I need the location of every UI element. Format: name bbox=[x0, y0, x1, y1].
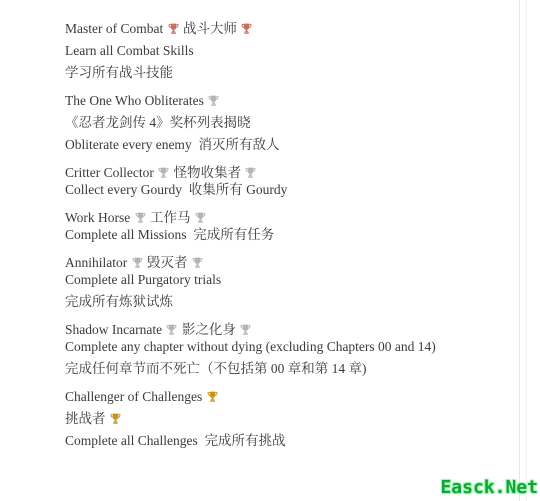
text-segment: Learn all Combat Skills bbox=[65, 43, 194, 58]
trophy-line: The One Who Obliterates bbox=[65, 93, 465, 108]
trophy-line: Complete all Challenges 完成所有挑战 bbox=[65, 433, 465, 448]
text-segment: Complete all Purgatory trials bbox=[65, 272, 221, 287]
text-segment: Complete any chapter without dying (excl… bbox=[65, 339, 436, 354]
trophy-icon-bronze bbox=[168, 23, 179, 34]
trophy-entry-work-horse: Work Horse 工作马 Complete all Missions 完成所… bbox=[65, 210, 465, 242]
text-segment: Critter Collector bbox=[65, 165, 157, 180]
text-segment: Collect every Gourdy 收集所有 Gourdy bbox=[65, 182, 287, 197]
trophy-entry-critter-collector: Critter Collector 怪物收集者 Collect every Go… bbox=[65, 165, 465, 197]
trophy-icon-gold bbox=[110, 413, 121, 424]
trophy-entry-shadow-incarnate: Shadow Incarnate 影之化身 Complete any chapt… bbox=[65, 322, 465, 376]
trophy-line: Complete all Purgatory trials bbox=[65, 272, 465, 287]
trophy-entry-challenger-of-challenges: Challenger of Challenges 挑战者 Complete al… bbox=[65, 389, 465, 448]
trophy-icon-gold bbox=[207, 391, 218, 402]
trophy-icon-silver bbox=[135, 212, 146, 223]
trophy-icon-bronze bbox=[241, 23, 252, 34]
text-segment: 怪物收集者 bbox=[170, 165, 244, 180]
trophy-line: 挑战者 bbox=[65, 411, 465, 426]
text-segment: Work Horse bbox=[65, 210, 134, 225]
trophy-line: 完成任何章节而不死亡（不包括第 00 章和第 14 章) bbox=[65, 361, 465, 376]
trophy-icon-silver bbox=[132, 257, 143, 268]
trophy-icon-silver bbox=[158, 167, 169, 178]
trophy-line: Complete any chapter without dying (excl… bbox=[65, 339, 465, 354]
trophy-icon-silver bbox=[245, 167, 256, 178]
trophy-line: Challenger of Challenges bbox=[65, 389, 465, 404]
trophy-line: Shadow Incarnate 影之化身 bbox=[65, 322, 465, 337]
trophy-line: Work Horse 工作马 bbox=[65, 210, 465, 225]
page-edge-line bbox=[519, 0, 520, 501]
text-segment: 学习所有战斗技能 bbox=[65, 65, 173, 80]
trophy-icon-silver bbox=[166, 324, 177, 335]
trophy-line: 完成所有炼狱试炼 bbox=[65, 294, 465, 309]
text-segment: 完成任何章节而不死亡（不包括第 00 章和第 14 章) bbox=[65, 361, 367, 376]
text-segment: 战斗大师 bbox=[180, 21, 241, 36]
trophy-line: Collect every Gourdy 收集所有 Gourdy bbox=[65, 182, 465, 197]
trophy-line: Critter Collector 怪物收集者 bbox=[65, 165, 465, 180]
trophy-entry-the-one-who-obliterates: The One Who Obliterates 《忍者龙剑传 4》奖杯列表揭晓O… bbox=[65, 93, 465, 152]
text-segment: 工作马 bbox=[147, 210, 194, 225]
trophy-icon-silver bbox=[195, 212, 206, 223]
text-segment: 《忍者龙剑传 4》奖杯列表揭晓 bbox=[65, 115, 251, 130]
trophy-line: Annihilator 毁灭者 bbox=[65, 255, 465, 270]
trophy-line: 学习所有战斗技能 bbox=[65, 65, 465, 80]
text-segment: Shadow Incarnate bbox=[65, 322, 165, 337]
trophy-line: Master of Combat 战斗大师 bbox=[65, 21, 465, 36]
text-segment: Complete all Missions 完成所有任务 bbox=[65, 227, 274, 242]
text-segment: 影之化身 bbox=[178, 322, 239, 337]
trophy-icon-silver bbox=[192, 257, 203, 268]
trophy-icon-silver bbox=[208, 95, 219, 106]
page-edge-line-2 bbox=[526, 0, 527, 501]
watermark: Easck.Net bbox=[440, 477, 538, 498]
trophy-entry-master-of-combat: Master of Combat 战斗大师 Learn all Combat S… bbox=[65, 21, 465, 80]
trophy-line: Complete all Missions 完成所有任务 bbox=[65, 227, 465, 242]
trophy-icon-silver bbox=[240, 324, 251, 335]
text-segment: Obliterate every enemy 消灭所有敌人 bbox=[65, 137, 279, 152]
text-segment: 挑战者 bbox=[65, 411, 109, 426]
text-segment: Challenger of Challenges bbox=[65, 389, 206, 404]
trophy-entry-annihilator: Annihilator 毁灭者 Complete all Purgatory t… bbox=[65, 255, 465, 309]
text-segment: Master of Combat bbox=[65, 21, 167, 36]
trophy-line: Learn all Combat Skills bbox=[65, 43, 465, 58]
text-segment: 完成所有炼狱试炼 bbox=[65, 294, 173, 309]
trophy-line: 《忍者龙剑传 4》奖杯列表揭晓 bbox=[65, 115, 465, 130]
trophy-list: Master of Combat 战斗大师 Learn all Combat S… bbox=[65, 21, 465, 461]
text-segment: The One Who Obliterates bbox=[65, 93, 207, 108]
text-segment: Annihilator bbox=[65, 255, 131, 270]
trophy-line: Obliterate every enemy 消灭所有敌人 bbox=[65, 137, 465, 152]
text-segment: 毁灭者 bbox=[144, 255, 191, 270]
text-segment: Complete all Challenges 完成所有挑战 bbox=[65, 433, 285, 448]
